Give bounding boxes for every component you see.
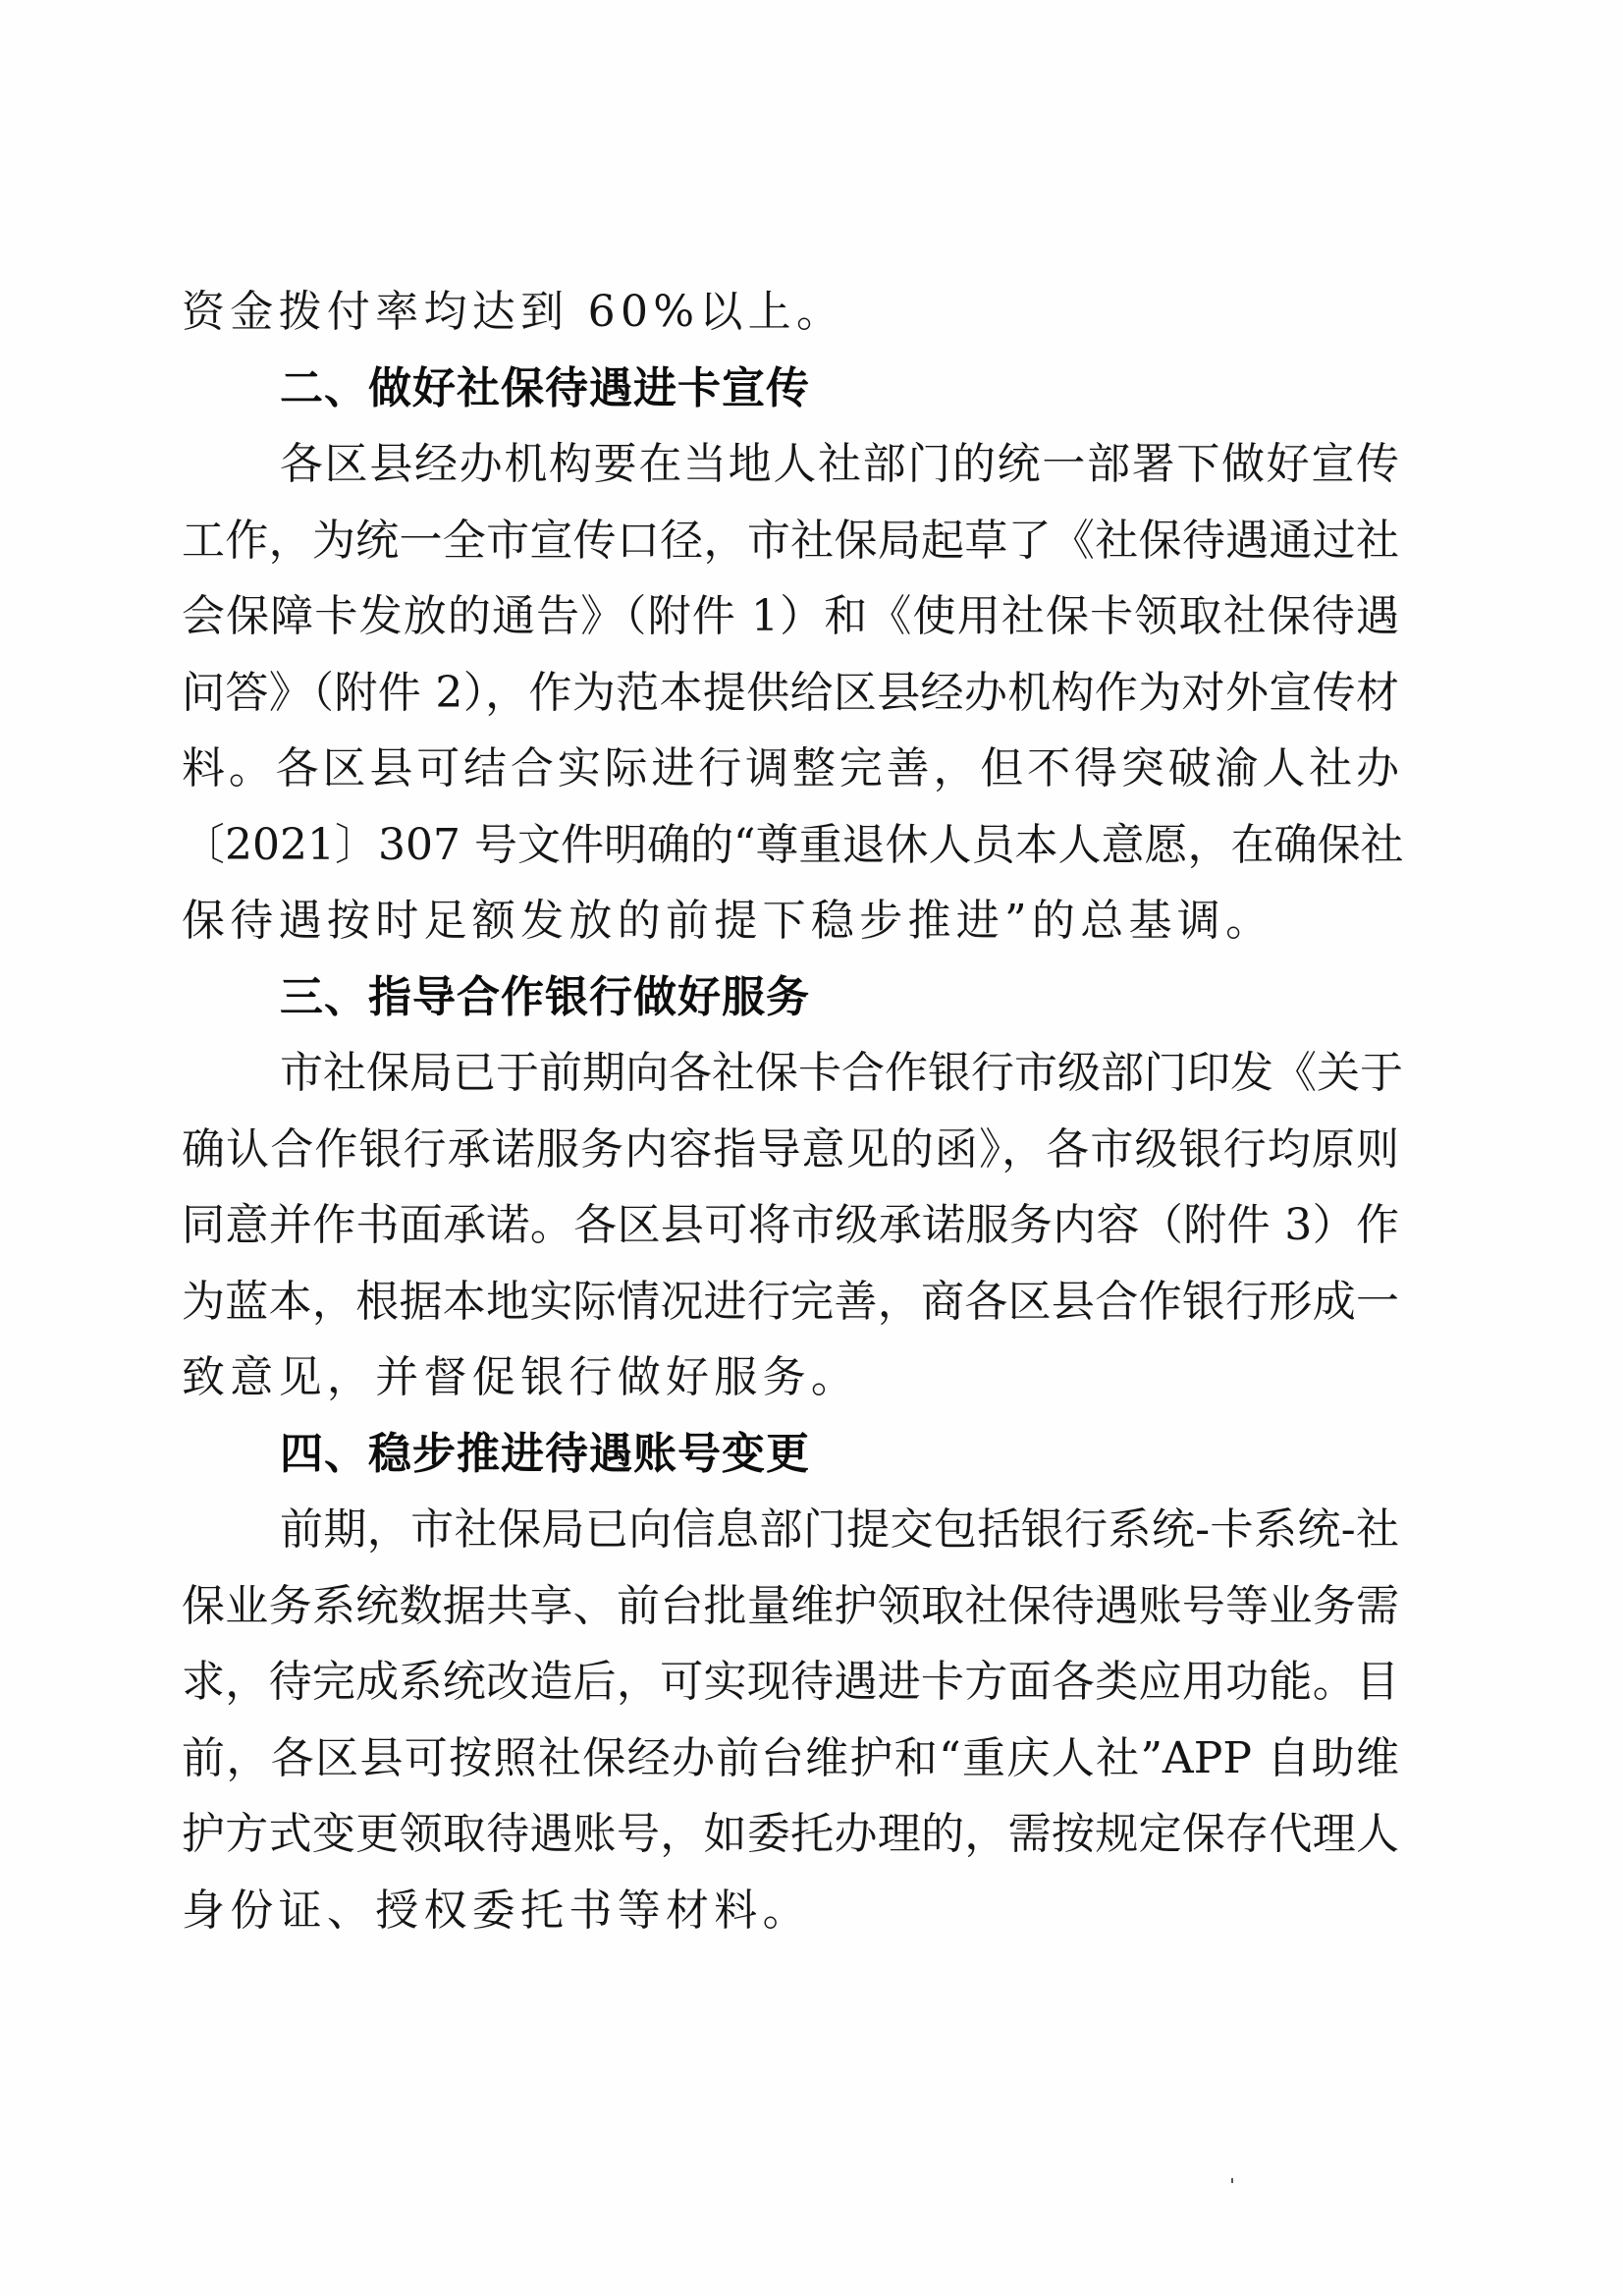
paragraph-line: 求，待完成系统改造后，可实现待遇进卡方面各类应用功能。目 (182, 1653, 1399, 1712)
paragraph-line: 问答》（附件 2），作为范本提供给区县经办机构作为对外宣传材 (182, 664, 1399, 723)
paragraph-line: 料。各区县可结合实际进行调整完善，但不得突破渝人社办 (182, 739, 1399, 798)
section-heading-3: 三、指导合作银行做好服务 (280, 968, 810, 1027)
paragraph-line: 为蓝本，根据本地实际情况进行完善，商各区县合作银行形成一 (182, 1273, 1399, 1332)
paragraph-line: 会保障卡发放的通告》（附件 1）和《使用社保卡领取社保待遇 (182, 587, 1399, 646)
paragraph-line: 同意并作书面承诺。各区县可将市级承诺服务内容（附件 3）作 (182, 1196, 1399, 1255)
paragraph-line: 致意见，并督促银行做好服务。 (182, 1348, 1399, 1407)
paragraph-line: 〔2021〕307 号文件明确的“尊重退休人员本人意愿，在确保社 (182, 816, 1399, 875)
paragraph-line: 确认合作银行承诺服务内容指导意见的函》，各市级银行均原则 (182, 1121, 1399, 1179)
paragraph-line: 工作，为统一全市宣传口径，市社保局起草了《社保待遇通过社 (182, 512, 1399, 571)
paragraph-line: 保业务系统数据共享、前台批量维护领取社保待遇账号等业务需 (182, 1577, 1399, 1636)
paragraph-line: 保待遇按时足额发放的前提下稳步推进”的总基调。 (182, 892, 1399, 951)
section-heading-2: 二、做好社保待遇进卡宣传 (280, 359, 810, 418)
document-page: 资金拨付率均达到 60%以上。 二、做好社保待遇进卡宣传 各区县经办机构要在当地… (0, 0, 1623, 2296)
paragraph-line: 前期，市社保局已向信息部门提交包括银行系统-卡系统-社 (280, 1501, 1399, 1559)
paragraph-line: 各区县经办机构要在当地人社部门的统一部署下做好宣传 (280, 435, 1399, 494)
continuation-text: 资金拨付率均达到 60%以上。 (182, 283, 1399, 342)
paragraph-line: 市社保局已于前期向各社保卡合作银行市级部门印发《关于 (280, 1044, 1399, 1103)
scan-speck (1231, 2178, 1233, 2183)
paragraph-line: 护方式变更领取待遇账号，如委托办理的，需按规定保存代理人 (182, 1805, 1399, 1864)
section-heading-4: 四、稳步推进待遇账号变更 (280, 1425, 810, 1484)
paragraph-line: 身份证、授权委托书等材料。 (182, 1882, 1399, 1941)
paragraph-line: 前，各区县可按照社保经办前台维护和“重庆人社”APP 自助维 (182, 1729, 1399, 1788)
